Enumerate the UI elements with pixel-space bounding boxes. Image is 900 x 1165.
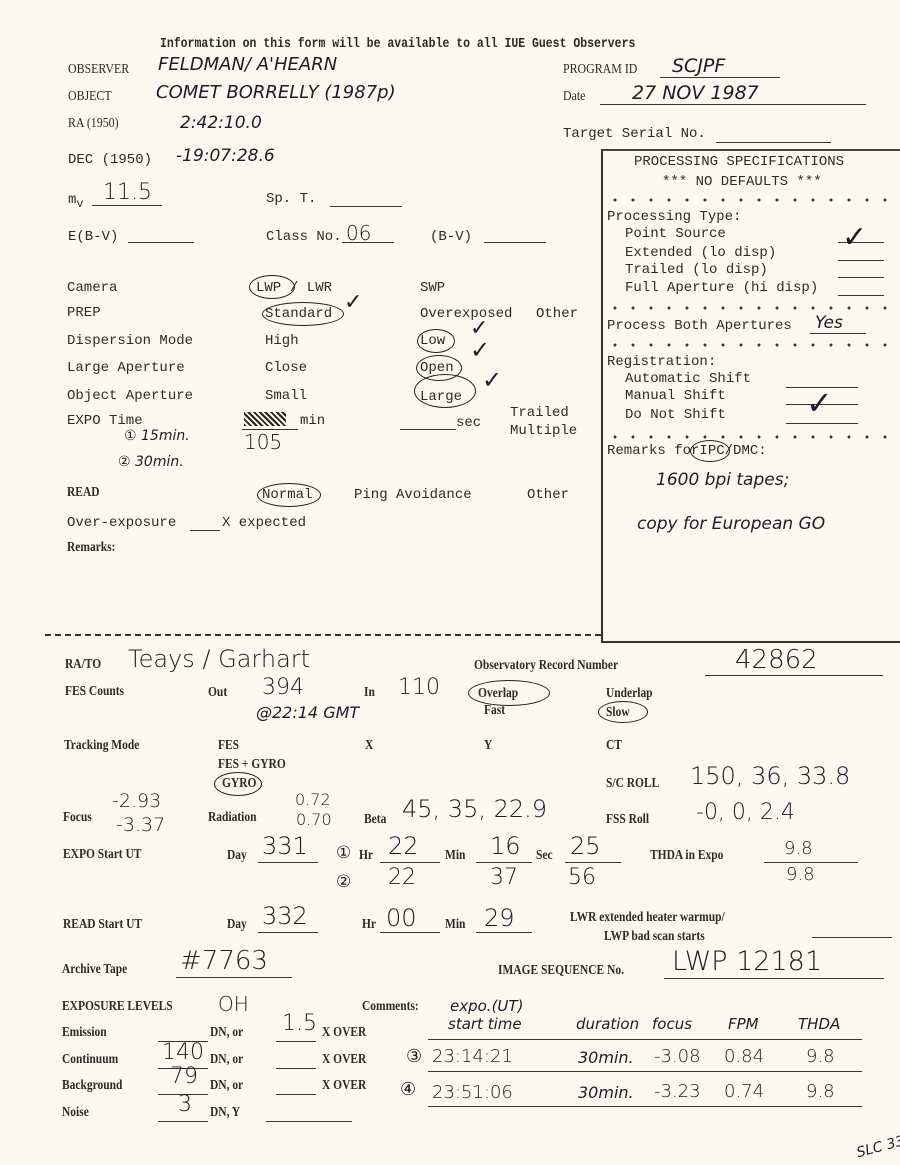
comment-row2-focus[interactable]: -3.23 <box>654 1081 701 1102</box>
fast-option[interactable]: Fast <box>484 703 505 719</box>
dn-y-label: DN, Y <box>210 1105 240 1121</box>
obs-record-value[interactable]: 42862 <box>735 645 818 675</box>
large-aperture-label: Large Aperture <box>67 360 185 376</box>
x-label: X <box>365 738 373 754</box>
bv-field[interactable] <box>484 242 546 243</box>
class-label: Class No. <box>266 229 342 245</box>
focus-value-1[interactable]: -2.93 <box>112 790 161 812</box>
read-hr-label: Hr <box>362 917 376 933</box>
ptype-extended[interactable]: Extended (lo disp) <box>625 245 776 261</box>
observer-label: OBSERVER <box>68 62 129 78</box>
large-aperture-check-icon: ✓ <box>470 336 490 364</box>
comment-row1-start[interactable]: 23:14:21 <box>432 1046 513 1067</box>
ptype-full-aperture-field[interactable] <box>838 295 884 296</box>
processing-title: PROCESSING SPECIFICATIONS <box>634 154 844 170</box>
expo-day-value[interactable]: 331 <box>262 832 308 860</box>
ebv-label: E(B-V) <box>68 229 118 245</box>
dec-label: DEC (1950) <box>68 152 152 168</box>
col-focus: focus <box>652 1015 692 1033</box>
prep-option-overexposed[interactable]: Overexposed <box>420 306 512 322</box>
expo-row2-min[interactable]: 37 <box>490 865 518 890</box>
ptype-trailed-field[interactable] <box>838 277 884 278</box>
archive-tape-value[interactable]: #7763 <box>180 946 268 976</box>
expo-sec-label: sec <box>456 415 481 431</box>
prep-check-icon: ✓ <box>344 290 362 315</box>
thda-value-2[interactable]: 9.8 <box>786 864 815 885</box>
col-fpm: FPM <box>728 1015 759 1033</box>
fes-in-label: In <box>364 685 375 701</box>
level-emission-over[interactable]: 1.5 <box>282 1011 317 1036</box>
object-aperture-check-icon: ✓ <box>482 366 502 394</box>
read-label: READ <box>67 485 100 501</box>
processing-subtitle: *** NO DEFAULTS *** <box>662 174 822 190</box>
expo-row2-sec[interactable]: 56 <box>568 865 596 890</box>
expo-note-2: ② 30min. <box>118 454 184 470</box>
mv-value[interactable]: 11.5 <box>103 180 152 205</box>
thda-value-1[interactable]: 9.8 <box>784 838 813 859</box>
expo-min-value[interactable]: 105 <box>244 430 282 454</box>
comment-row2-marker: ④ <box>400 1079 416 1100</box>
both-apertures-value[interactable]: Yes <box>815 313 843 333</box>
object-aperture-option-small[interactable]: Small <box>265 388 307 404</box>
rato-value[interactable]: Teays / Garhart <box>128 645 310 673</box>
object-aperture-label: Object Aperture <box>67 388 193 404</box>
processing-type-label: Processing Type: <box>607 209 741 225</box>
hr-label: Hr <box>359 848 373 864</box>
thda-label: THDA in Expo <box>650 848 723 864</box>
lwp-bad-scan-label: LWP bad scan starts <box>604 929 705 945</box>
both-apertures-label: Process Both Apertures <box>607 318 792 334</box>
tracking-option-fes-gyro[interactable]: FES + GYRO <box>218 757 286 773</box>
expo-row2-marker: ② <box>336 872 351 892</box>
dn-or-label: DN, or <box>210 1052 243 1068</box>
x-over-label: X OVER <box>322 1052 366 1068</box>
sec-label: Sec <box>536 848 553 864</box>
read-day-label: Day <box>227 917 247 933</box>
level-noise-y[interactable] <box>266 1121 352 1122</box>
expo-note-1: ① 15min. <box>124 428 190 444</box>
comment-row1-marker: ③ <box>406 1046 422 1067</box>
trailed-option[interactable]: Trailed <box>510 405 569 421</box>
ra-value[interactable]: 2:42:10.0 <box>180 113 262 133</box>
fes-out-value[interactable]: 394 <box>262 675 304 700</box>
radiation-label: Radiation <box>208 810 256 826</box>
fes-counts-label: FES Counts <box>65 684 124 700</box>
comment-row1-thda[interactable]: 9.8 <box>806 1046 835 1067</box>
read-hr-value[interactable]: 00 <box>386 904 417 932</box>
comments-label: Comments: <box>362 999 419 1015</box>
mv-label: mv <box>68 192 84 211</box>
expo-min-label: min <box>300 413 325 429</box>
overexposure-label: Over-exposure <box>67 515 176 531</box>
camera-option-lwr[interactable]: / LWR <box>290 280 332 296</box>
tracking-option-fes[interactable]: FES <box>218 738 239 754</box>
archive-tape-label: Archive Tape <box>62 962 127 978</box>
processing-remarks-label: Remarks forIPC/DMC: <box>607 443 767 459</box>
comment-row1-duration[interactable]: 30min. <box>578 1048 634 1067</box>
program-id-value[interactable]: SCJPF <box>672 55 725 77</box>
exposure-levels-value[interactable]: OH <box>218 992 249 1016</box>
fes-in-value[interactable]: 110 <box>398 675 440 700</box>
overexposure-field[interactable] <box>190 530 220 531</box>
spt-label: Sp. T. <box>266 191 316 207</box>
underlap-option[interactable]: Underlap <box>606 686 653 702</box>
fes-time[interactable]: @22:14 GMT <box>256 703 359 722</box>
radiation-value-1[interactable]: 0.72 <box>295 790 331 809</box>
expo-sec-field[interactable] <box>400 429 456 430</box>
section-divider <box>45 634 601 636</box>
processing-remarks-line1[interactable]: 1600 bpi tapes; <box>656 470 789 490</box>
camera-label: Camera <box>67 280 117 296</box>
read-min-value[interactable]: 29 <box>484 904 515 932</box>
beta-value[interactable]: 45, 35, 22.9 <box>402 795 547 823</box>
image-seq-label: IMAGE SEQUENCE No. <box>498 963 624 979</box>
read-start-label: READ Start UT <box>63 917 142 933</box>
remarks-label: Remarks: <box>67 540 115 556</box>
col-duration: duration <box>576 1015 639 1033</box>
form-notice: Information on this form will be availab… <box>160 36 635 52</box>
dispersion-label: Dispersion Mode <box>67 333 193 349</box>
image-seq-value[interactable]: LWP 12181 <box>672 946 822 977</box>
y-label: Y <box>484 738 492 754</box>
bv-label: (B-V) <box>430 229 472 245</box>
comment-row2-thda[interactable]: 9.8 <box>806 1081 835 1102</box>
sc-roll-value[interactable]: 150, 36, 33.8 <box>690 762 850 790</box>
comment-row2-start[interactable]: 23:51:06 <box>432 1082 513 1103</box>
level-background-dn[interactable]: 79 <box>170 1064 198 1089</box>
expo-row2-hr[interactable]: 22 <box>388 865 416 890</box>
rato-label: RA/TO <box>65 657 101 673</box>
read-option-ping-avoidance[interactable]: Ping Avoidance <box>354 487 472 503</box>
large-aperture-option-close[interactable]: Close <box>265 360 307 376</box>
x-over-label: X OVER <box>322 1025 366 1041</box>
read-day-value[interactable]: 332 <box>262 902 308 930</box>
reg-do-not-shift[interactable]: Do Not Shift <box>625 407 726 423</box>
date-label: Date <box>563 89 585 105</box>
camera-option-swp[interactable]: SWP <box>420 280 445 296</box>
date-value[interactable]: 27 NOV 1987 <box>632 82 759 104</box>
expo-day-label: Day <box>227 848 247 864</box>
lwr-field[interactable] <box>812 937 892 938</box>
col-start-time: start time <box>448 1015 522 1033</box>
lwr-heater-label: LWR extended heater warmup/ <box>570 910 725 926</box>
level-noise-dn[interactable]: 3 <box>178 1092 192 1117</box>
x-over-label: X OVER <box>322 1078 366 1094</box>
program-id-label: PROGRAM ID <box>563 62 637 78</box>
level-background-over[interactable] <box>276 1094 316 1095</box>
ct-label: CT <box>606 738 622 754</box>
dispersion-option-high[interactable]: High <box>265 333 299 349</box>
spt-field[interactable] <box>330 206 402 207</box>
focus-label: Focus <box>63 810 92 826</box>
object-label: OBJECT <box>68 89 112 105</box>
level-continuum-over[interactable] <box>276 1068 316 1069</box>
min-label: Min <box>445 848 465 864</box>
reg-manual-shift[interactable]: Manual Shift <box>625 388 726 404</box>
fss-roll-label: FSS Roll <box>606 812 649 828</box>
expo-start-label: EXPO Start UT <box>63 847 141 863</box>
level-background-label: Background <box>62 1078 122 1094</box>
sc-roll-label: S/C ROLL <box>606 776 659 792</box>
comment-row2-duration[interactable]: 30min. <box>578 1083 634 1102</box>
prep-label: PREP <box>67 305 101 321</box>
expo-time-label: EXPO Time <box>67 413 143 429</box>
beta-label: Beta <box>364 812 386 828</box>
focus-value-2[interactable]: -3.37 <box>116 814 165 836</box>
tracking-mode-label: Tracking Mode <box>64 738 139 754</box>
comments-table-title: expo.(UT) <box>450 997 523 1015</box>
col-thda: THDA <box>798 1015 840 1033</box>
overexposure-suffix: X expected <box>222 515 306 531</box>
reg-do-not-shift-field[interactable] <box>786 423 858 424</box>
ptype-full-aperture[interactable]: Full Aperture (hi disp) <box>625 280 818 296</box>
comment-row2-fpm[interactable]: 0.74 <box>724 1081 764 1102</box>
expo-row1-hr[interactable]: 22 <box>388 832 419 860</box>
prep-option-other[interactable]: Other <box>536 306 578 322</box>
radiation-value-2[interactable]: 0.70 <box>296 810 332 829</box>
dn-or-label: DN, or <box>210 1025 243 1041</box>
corner-note: SLC 333 <box>855 1131 900 1161</box>
multiple-option[interactable]: Multiple <box>510 423 577 439</box>
exposure-levels-label: EXPOSURE LEVELS <box>62 999 173 1015</box>
ebv-field[interactable] <box>128 242 194 243</box>
expo-row1-sec[interactable]: 25 <box>570 832 601 860</box>
expo-row1-marker: ① <box>336 843 351 863</box>
level-continuum-dn[interactable]: 140 <box>162 1040 204 1065</box>
object-value[interactable]: COMET BORRELLY (1987p) <box>156 82 396 103</box>
dec-value[interactable]: -19:07:28.6 <box>176 146 275 166</box>
obs-record-label: Observatory Record Number <box>474 658 618 674</box>
fss-roll-value[interactable]: -0, 0, 2.4 <box>696 800 795 825</box>
read-option-other[interactable]: Other <box>527 487 569 503</box>
reg-do-not-shift-check-icon: ✓ <box>806 384 833 422</box>
reg-automatic-shift[interactable]: Automatic Shift <box>625 371 751 387</box>
comment-row1-focus[interactable]: -3.08 <box>654 1046 701 1067</box>
expo-row1-min[interactable]: 16 <box>490 832 521 860</box>
registration-label: Registration: <box>607 354 716 370</box>
scribbled-out-value <box>244 412 286 426</box>
fes-out-label: Out <box>208 685 227 701</box>
ptype-extended-field[interactable] <box>838 260 884 261</box>
level-noise-label: Noise <box>62 1105 89 1121</box>
target-serial-field[interactable] <box>716 142 831 143</box>
level-continuum-label: Continuum <box>62 1052 118 1068</box>
comment-row1-fpm[interactable]: 0.84 <box>724 1046 764 1067</box>
ptype-trailed[interactable]: Trailed (lo disp) <box>625 262 768 278</box>
target-serial-label: Target Serial No. <box>563 126 706 142</box>
level-emission-label: Emission <box>62 1025 107 1041</box>
ra-label: RA (1950) <box>68 116 119 132</box>
ptype-point-source[interactable]: Point Source <box>625 226 726 242</box>
observer-value[interactable]: FELDMAN/ A'HEARN <box>158 54 337 75</box>
dn-or-label: DN, or <box>210 1078 243 1094</box>
processing-remarks-line2[interactable]: copy for European GO <box>637 514 825 534</box>
read-min-label: Min <box>445 917 465 933</box>
ptype-extended-check-icon: ✓ <box>842 220 867 255</box>
